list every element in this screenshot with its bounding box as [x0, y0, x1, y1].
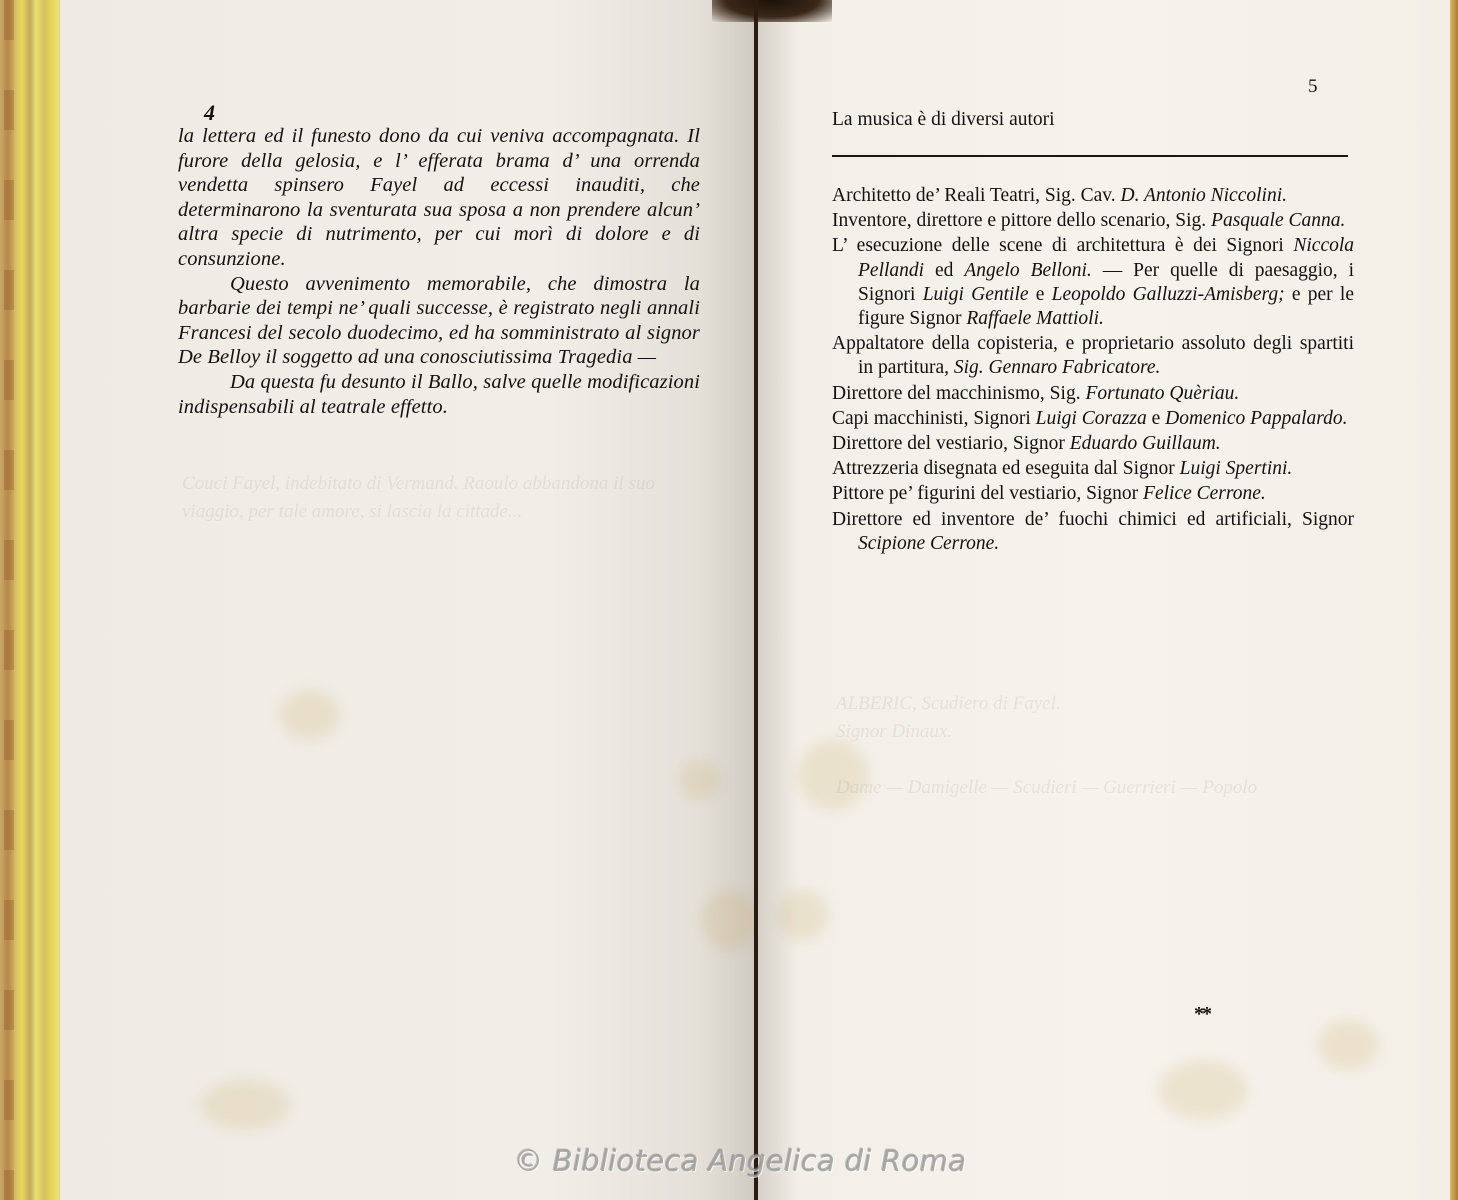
paragraph: Questo avvenimento memorabile, che dimos…: [178, 272, 700, 370]
show-through-text: Couci Fayel, indebitato di Vermand. Raou…: [182, 470, 702, 526]
credits-list: Architetto de’ Reali Teatri, Sig. Cav. D…: [832, 184, 1354, 557]
foxing-stain: [700, 890, 760, 950]
credit-entry: L’ esecuzione delle scene di architettur…: [832, 234, 1354, 331]
credit-entry: Direttore del macchinismo, Sig. Fortunat…: [832, 382, 1354, 406]
page-number-left: 4: [204, 100, 215, 126]
signature-mark: **: [1194, 1003, 1210, 1026]
left-page-body: la lettera ed il funesto dono da cui ven…: [178, 124, 700, 419]
credit-entry: Architetto de’ Reali Teatri, Sig. Cav. D…: [832, 184, 1354, 208]
gutter-shadow: [712, 0, 832, 22]
paragraph: la lettera ed il funesto dono da cui ven…: [178, 124, 700, 272]
foxing-stain: [200, 1080, 290, 1130]
foxing-stain: [778, 890, 828, 940]
book-gutter: [754, 0, 758, 1200]
credit-entry: Direttore ed inventore de’ fuochi chimic…: [832, 508, 1354, 556]
credit-entry: Attrezzeria disegnata ed eseguita dal Si…: [832, 457, 1354, 481]
credit-entry: Appaltatore della copisteria, e propriet…: [832, 332, 1354, 380]
horizontal-rule: [832, 155, 1348, 157]
credit-entry: Capi macchinisti, Signori Luigi Corazza …: [832, 407, 1354, 431]
right-page: [758, 0, 1450, 1200]
foxing-stain: [680, 760, 720, 800]
page-number-right: 5: [1308, 76, 1318, 98]
show-through-text: ALBERIC, Scudiero di Fayel.Signor Dinaux…: [836, 690, 1356, 802]
credit-entry: Pittore pe’ figurini del vestiario, Sign…: [832, 482, 1354, 506]
foxing-stain: [280, 690, 340, 740]
foxing-stain: [1158, 1060, 1248, 1120]
gilt-page-edges: [0, 0, 62, 1200]
right-page-edge: [1450, 0, 1458, 1200]
music-credit-heading: La musica è di diversi autori: [832, 109, 1055, 131]
paragraph: Da questa fu desunto il Ballo, salve que…: [178, 370, 700, 419]
copyright-watermark: © Biblioteca Angelica di Roma: [514, 1144, 966, 1178]
foxing-stain: [1318, 1020, 1378, 1070]
credit-entry: Inventore, direttore e pittore dello sce…: [832, 209, 1354, 233]
credit-entry: Direttore del vestiario, Signor Eduardo …: [832, 432, 1354, 456]
